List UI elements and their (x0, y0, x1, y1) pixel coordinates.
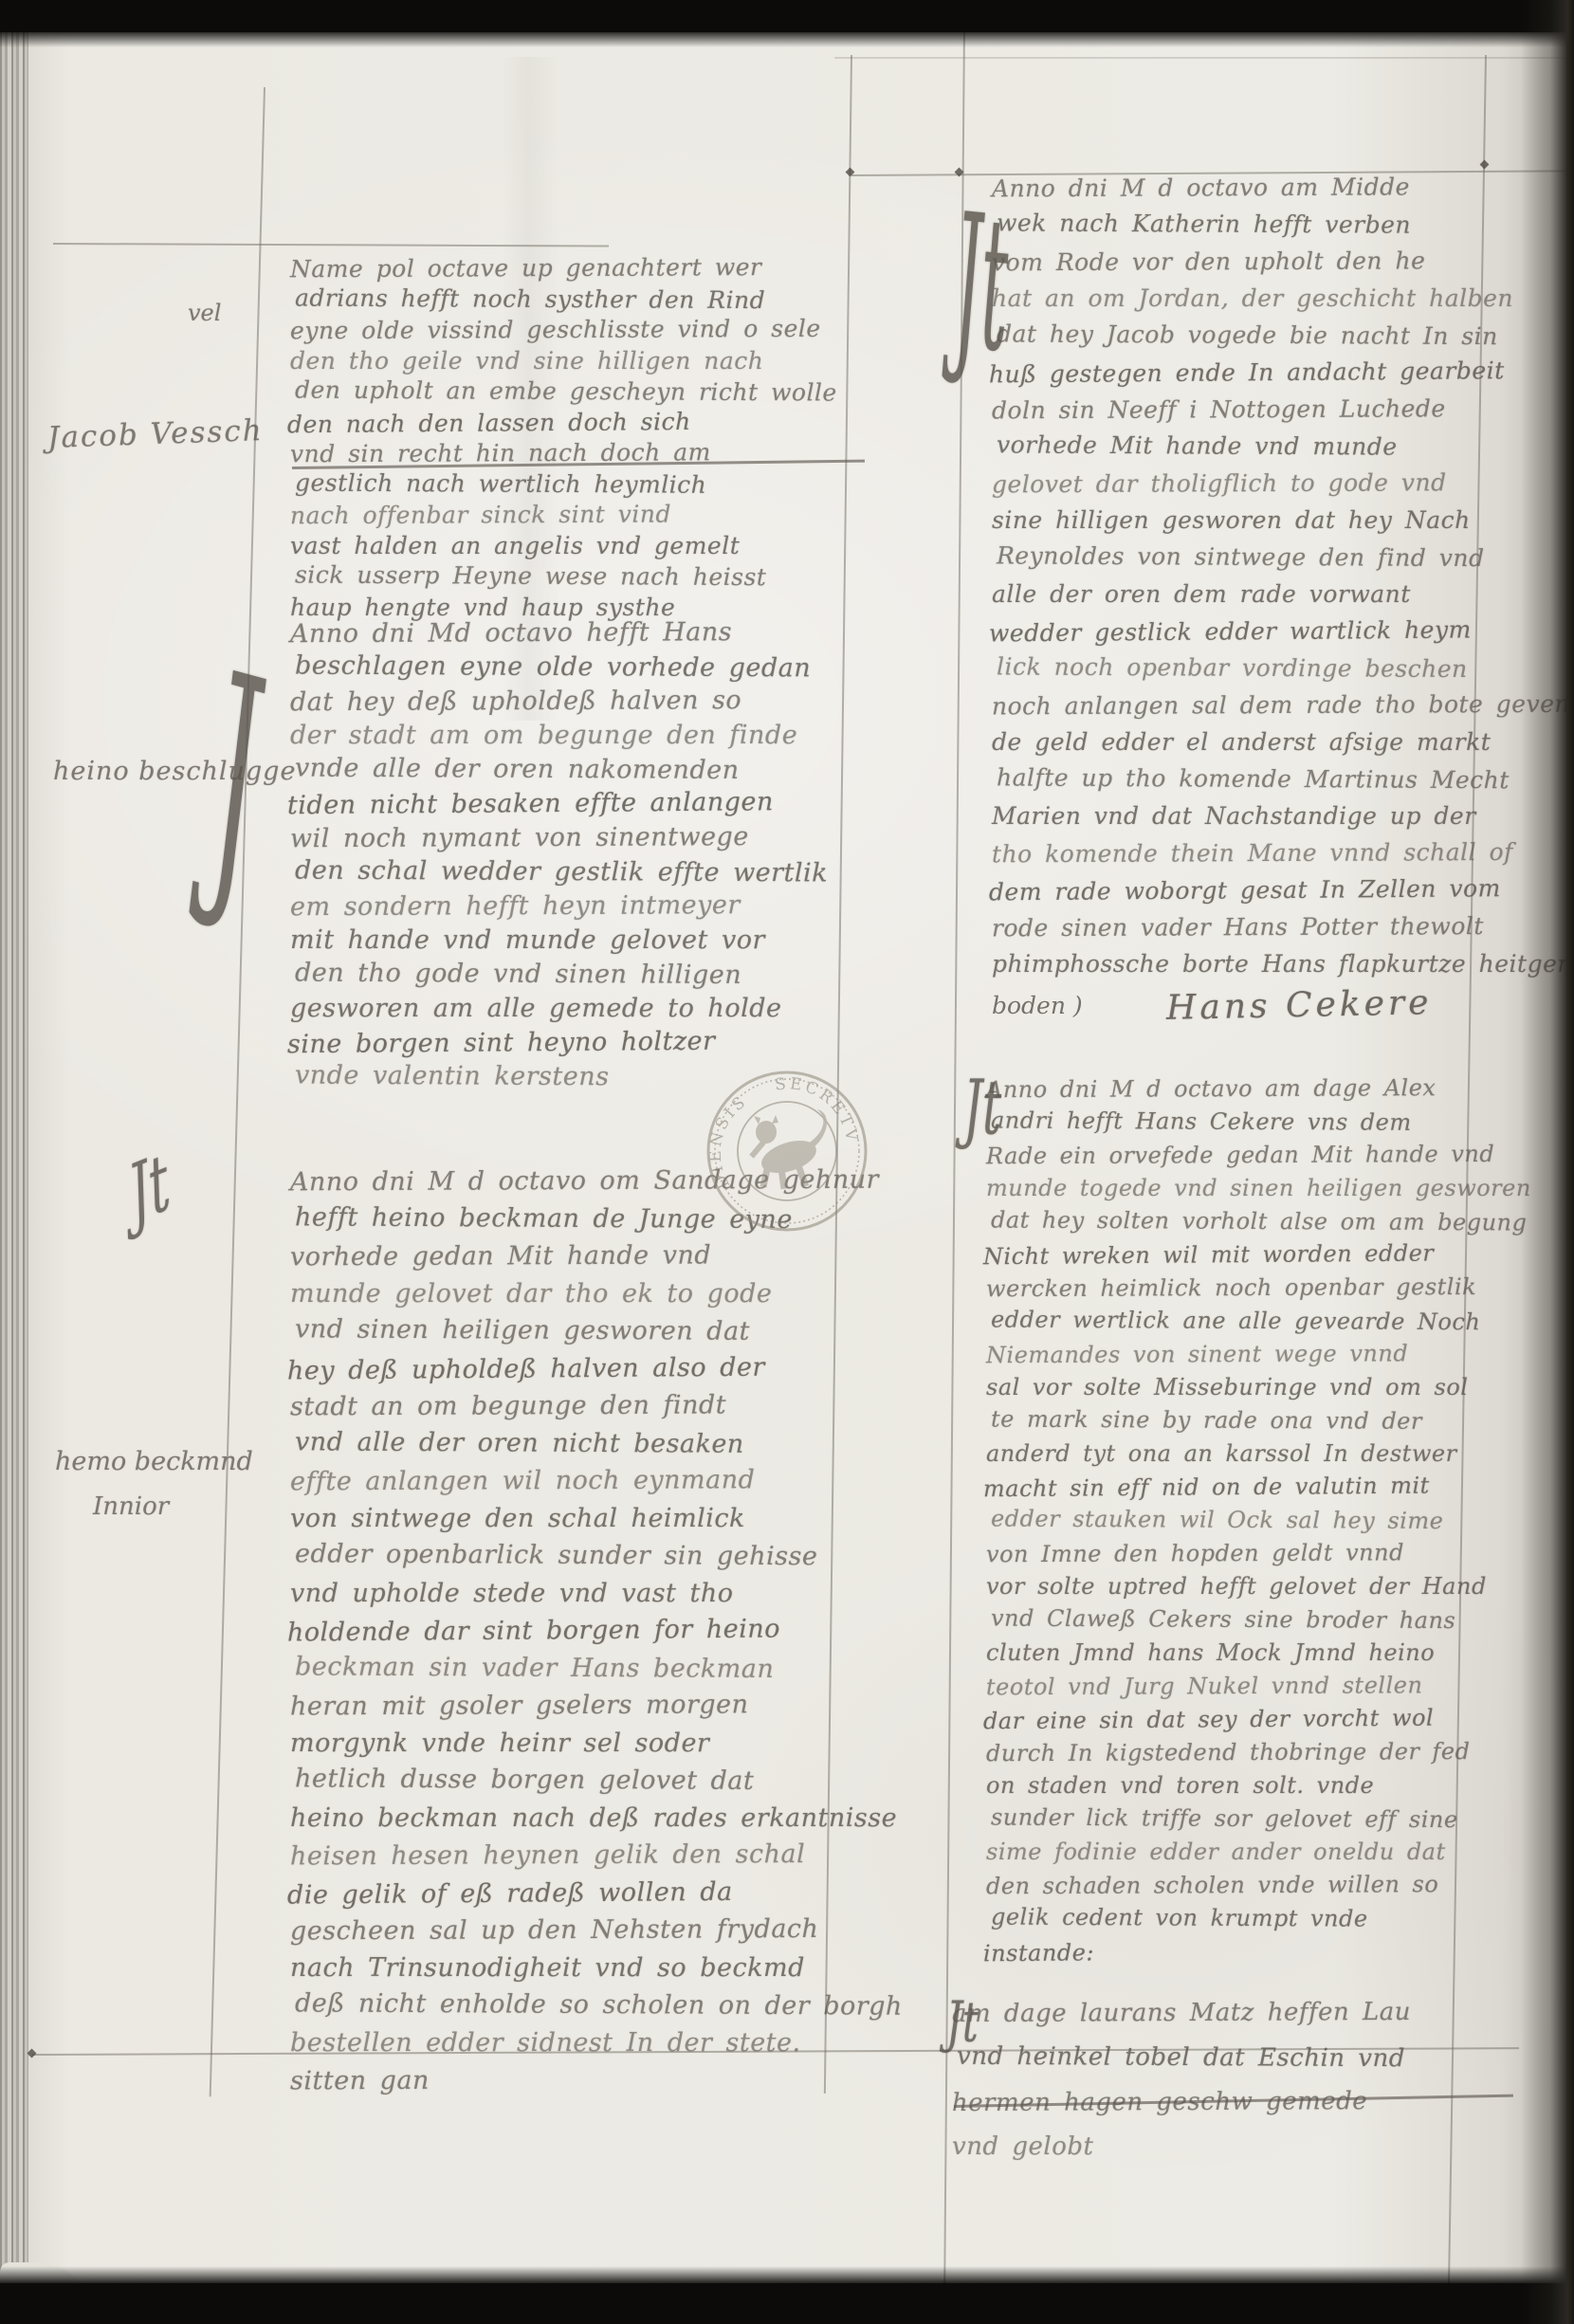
manuscript-text-line: Marien vnd dat Nachstandige up der (992, 802, 1573, 839)
manuscript-text-line: den upholt an embe gescheyn richt wolle (295, 376, 837, 410)
scanner-border-right (1521, 0, 1574, 2324)
manuscript-text-line: Anno dni M d octavo am Midde (992, 173, 1573, 212)
manuscript-text-line: edder openbarlick sunder sin gehisse (295, 1539, 903, 1580)
manuscript-text-line: deß nicht enholde so scholen on der borg… (295, 1988, 903, 2029)
manuscript-text-line: dem rade woborgt gesat In Zellen vom (989, 874, 1570, 916)
manuscript-text-line: hetlich dusse borgen gelovet dat (295, 1764, 903, 1804)
manuscript-text-line: rode sinen vader Hans Potter thewolt (992, 912, 1573, 952)
manuscript-text-line: doln sin Neeff i Nottogen Luchede (992, 394, 1573, 434)
manuscript-text-line: gelovet dar tholigflich to gode vnd (992, 468, 1573, 508)
manuscript-text-line: vnd alle der oren nicht besaken (295, 1427, 903, 1468)
manuscript-text-line: wedder gestlick edder wartlick heym (989, 615, 1570, 657)
manuscript-text-line: hermen hagen geschw gemede (952, 2087, 1411, 2133)
manuscript-text-line: vom Rode vor den upholt den he (992, 247, 1573, 286)
manuscript-text-line: tiden nicht besaken effte anlangen (287, 787, 820, 825)
manuscript-text-line: tho komende thein Mane vnnd schall of (992, 838, 1573, 878)
manuscript-text-line: Niemandes von sinent wege vnnd (986, 1340, 1531, 1376)
signature-hans-cekere: Hans Cekere (1166, 983, 1433, 1028)
manuscript-text-line: bestellen edder sidnest In der stete. (290, 2028, 898, 2066)
manuscript-text-line: on staden vnd toren solt. vnde (986, 1772, 1531, 1805)
manuscript-text-line: vnd sinen heiligen gesworen dat (295, 1314, 903, 1355)
book-page-stack-edge (0, 0, 28, 2324)
manuscript-text-line: edder stauken wil Ock sal hey sime (991, 1506, 1536, 1542)
manuscript-text-line: Anno dni M d octavo am dage Alex (986, 1074, 1531, 1110)
manuscript-text-line: eyne olde vissind geschlisste vind o sel… (290, 315, 833, 348)
manuscript-text-line: munde gelovet dar tho ek to gode (290, 1279, 898, 1317)
manuscript-text-line: nach offenbar sinck sint vind (290, 500, 833, 533)
manuscript-text-line: morgynk vnde heinr sel soder (290, 1729, 898, 1766)
manuscript-text-line: instande: (983, 1936, 1528, 1974)
manuscript-text-line: durch In kigstedend thobringe der fed (986, 1738, 1531, 1774)
manuscript-text-line: gestlich nach wertlich heymlich (295, 468, 837, 502)
manuscript-text-line: den tho geile vnd sine hilligen nach (290, 347, 833, 378)
manuscript-text-line: hat an om Jordan, der geschicht halben (992, 284, 1573, 321)
manuscript-text-line: sine hilligen gesworen dat hey Nach (992, 506, 1573, 543)
manuscript-text-line: macht sin eff nid on de valutin mit (983, 1472, 1528, 1510)
manuscript-text-line: heino beckman nach deß rades erkantnisse (290, 1803, 898, 1841)
manuscript-text-line: stadt an om begunge den findt (290, 1390, 898, 1430)
manuscript-text-line: vnde alle der oren nakomenden (295, 754, 828, 791)
manuscript-text-line: em sondern hefft heyn intmeyer (290, 890, 823, 926)
manuscript-text-line: hey deß upholdeß halven also der (287, 1351, 895, 1394)
manuscript-text-line: die gelik of eß radeß wollen da (287, 1876, 895, 1918)
manuscript-text-line: vast halden an angelis vnd gemelt (290, 532, 833, 563)
manuscript-text-line: der stadt am om begunge den finde (290, 721, 823, 755)
manuscript-text-line: heran mit gsoler gselers morgen (290, 1690, 898, 1729)
manuscript-text-line: halfte up tho komende Martinus Mecht (997, 763, 1574, 803)
manuscript-text-line: vnd Claweß Cekers sine broder hans (991, 1605, 1536, 1641)
manuscript-text-line: Nicht wreken wil mit worden edder (983, 1239, 1528, 1277)
seal-lion-rampant-icon (749, 1109, 827, 1189)
manuscript-text-line: dat hey Jacob vogede bie nacht In sin (997, 320, 1574, 359)
manuscript-text-line: Rade ein orvefede gedan Mit hande vnd (986, 1141, 1531, 1177)
manuscript-text-line: holdende dar sint borgen for heino (287, 1614, 895, 1656)
manuscript-text-line: dat hey deß upholdeß halven so (290, 686, 823, 722)
manuscript-text-line: vorhede Mit hande vnd munde (997, 430, 1574, 470)
manuscript-text-line: noch anlangen sal dem rade tho bote geve… (992, 690, 1573, 730)
manuscript-text-line: lick noch openbar vordinge beschen (997, 652, 1574, 692)
margin-note-beckman-2: Innior (93, 1492, 169, 1521)
left-column-entry-1: Name pol octave up genachtert weradrians… (290, 254, 833, 624)
manuscript-text-line: effte anlangen wil noch eynmand (290, 1465, 898, 1505)
seal-stamp: DIENSIS SECRETV (705, 1070, 869, 1233)
manuscript-text-line: gesworen am alle gemede to holde (290, 994, 823, 1028)
manuscript-text-line: cluten Jmnd hans Mock Jmnd heino (986, 1639, 1531, 1673)
manuscript-text-line: te mark sine by rade ona vnd der (991, 1406, 1536, 1442)
left-column-entry-3: Anno dni M d octavo om Sandage gehnurhef… (290, 1166, 898, 2103)
manuscript-text-line: vnd upholde stede vnd vast tho (290, 1579, 898, 1617)
manuscript-text-line: wil noch nymant von sinentwege (290, 822, 823, 858)
manuscript-text-line: heisen hesen heynen gelik den schal (290, 1839, 898, 1879)
manuscript-text-line: nach Trinsunodigheit vnd so beckmd (290, 1953, 898, 1991)
manuscript-text-line: vor solte uptred hefft gelovet der Hand (986, 1573, 1531, 1606)
manuscript-text-line: wercken heimlick noch openbar gestlik (986, 1273, 1531, 1309)
manuscript-text-line: teotol vnd Jurg Nukel vnnd stellen (986, 1672, 1531, 1708)
scanner-border-top (0, 0, 1574, 32)
ruling-line-top-faint (834, 57, 1574, 59)
scanner-border-bottom (0, 2283, 1574, 2324)
manuscript-text-line: huß gestegen ende In andacht gearbeit (989, 357, 1570, 398)
manuscript-text-line: den schal wedder gestlik effte wertlik (295, 856, 828, 893)
manuscript-text-line: von Imne den hopden geldt vnnd (986, 1539, 1531, 1575)
manuscript-text-line: sick usserp Heyne wese nach heisst (295, 561, 837, 595)
seal-ring-text-top: SECRETV (774, 1074, 861, 1144)
right-column-entry-1: Anno dni M d octavo am Middewek nach Kat… (992, 174, 1573, 987)
closing-word: boden ) (992, 992, 1083, 1019)
manuscript-text-line: edder wertlick ane alle gevearde Noch (991, 1307, 1536, 1343)
manuscript-text-line: dat hey solten vorholt alse om am begung (991, 1207, 1536, 1243)
manuscript-text-line: von sintwege den schal heimlick (290, 1504, 898, 1542)
right-column-entry-3: am dage laurans Matz heffen Lauvnd heink… (952, 1999, 1411, 2177)
manuscript-text-line: gescheen sal up den Nehsten frydach (290, 1914, 898, 1954)
manuscript-text-line: Anno dni Md octavo hefft Hans (290, 617, 823, 653)
manuscript-text-line: sunder lick triffe sor gelovet eff sine (991, 1804, 1536, 1840)
manuscript-text-line: den nach den lassen doch sich (287, 406, 830, 441)
manuscript-text-line: alle der oren dem rade vorwant (992, 580, 1573, 617)
manuscript-text-line: anderd tyt ona an karssol In destwer (986, 1440, 1531, 1473)
manuscript-scan: vel Jacob Vessch heino beschlugge Jt hem… (0, 0, 1574, 2324)
margin-note-beckman-1: hemo beckmnd (55, 1447, 253, 1476)
manuscript-text-line: den schaden scholen vnde willen so (986, 1871, 1531, 1907)
margin-note-small: vel (188, 300, 221, 326)
manuscript-text-line: sitten gan (290, 2064, 898, 2104)
manuscript-text-line: dar eine sin dat sey der vorcht wol (983, 1704, 1528, 1742)
manuscript-text-line: de geld edder el anderst afsige markt (992, 728, 1573, 765)
manuscript-text-line: sal vor solte Misseburinge vnd om sol (986, 1374, 1531, 1407)
manuscript-text-line: wek nach Katherin hefft verben (997, 209, 1574, 248)
manuscript-text-line: sime fodinie edder ander oneldu dat (986, 1839, 1531, 1872)
manuscript-text-line: phimphossche borte Hans flapkurtze heitg… (992, 950, 1573, 987)
manuscript-text-line: mit hande vnd munde gelovet vor (290, 925, 823, 960)
manuscript-text-line: am dage laurans Matz heffen Lau (952, 1998, 1411, 2044)
manuscript-text-line: adrians hefft noch systher den Rind (295, 284, 837, 317)
manuscript-text-line: munde togede vnd sinen heiligen gesworen (986, 1175, 1531, 1208)
margin-note-heino-beschlugge: heino beschlugge (53, 757, 296, 786)
manuscript-text-line: Name pol octave up genachtert wer (290, 253, 833, 286)
manuscript-text-line: beckman sin vader Hans beckman (295, 1652, 903, 1693)
left-column-entry-2: Anno dni Md octavo hefft Hansbeschlagen … (290, 618, 823, 1096)
manuscript-text-line: gelik cedent von krumpt vnde (991, 1904, 1536, 1940)
manuscript-text-line: vnd heinkel tobel dat Eschin vnd (957, 2042, 1416, 2090)
manuscript-text-line: vorhede gedan Mit hande vnd (290, 1240, 898, 1280)
right-column-entry-2: Anno dni M d octavo am dage Alexandri he… (986, 1075, 1531, 1971)
manuscript-text-line: vnd gelobt (952, 2132, 1411, 2177)
manuscript-text-line: andri hefft Hans Cekere vns dem (991, 1107, 1536, 1144)
manuscript-text-line: Reynoldes von sintwege den find vnd (997, 541, 1574, 581)
manuscript-text-line: den tho gode vnd sinen hilligen (295, 959, 828, 996)
manuscript-text-line: sine borgen sint heyno holtzer (287, 1026, 820, 1064)
manuscript-text-line: beschlagen eyne olde vorhede gedan (295, 651, 828, 688)
